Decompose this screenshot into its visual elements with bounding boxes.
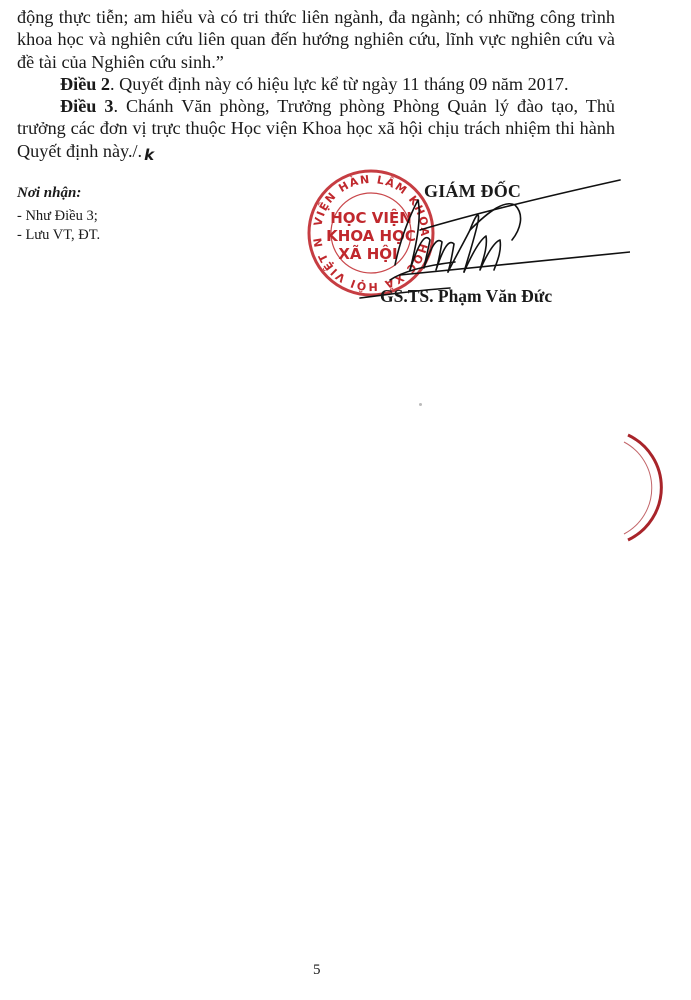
handwritten-signature: [330, 170, 630, 300]
article-2-text: . Quyết định này có hiệu lực kể từ ngày …: [110, 74, 568, 94]
page-number: 5: [313, 962, 321, 979]
article-3: Điều 3. Chánh Văn phòng, Trưởng phòng Ph…: [17, 95, 615, 166]
article-2: Điều 2. Quyết định này có hiệu lực kể từ…: [17, 73, 615, 95]
edge-stamp-fragment: HỌC VI: [620, 430, 691, 545]
recipients-label: Nơi nhận:: [17, 184, 100, 203]
recipient-item: - Lưu VT, ĐT.: [17, 226, 100, 245]
initial-mark: k: [144, 146, 154, 164]
document-page: động thực tiễn; am hiểu và có tri thức l…: [0, 0, 691, 1000]
recipient-item: - Như Điều 3;: [17, 207, 100, 226]
article-2-label: Điều 2: [60, 74, 110, 94]
signer-name: GS.TS. Phạm Văn Đức: [380, 286, 552, 307]
recipients-block: Nơi nhận: - Như Điều 3; - Lưu VT, ĐT.: [17, 184, 100, 245]
scan-speck: [419, 403, 422, 406]
article-3-label: Điều 3: [60, 96, 113, 116]
paragraph-continuation: động thực tiễn; am hiểu và có tri thức l…: [17, 6, 615, 73]
body-text: động thực tiễn; am hiểu và có tri thức l…: [17, 6, 615, 166]
